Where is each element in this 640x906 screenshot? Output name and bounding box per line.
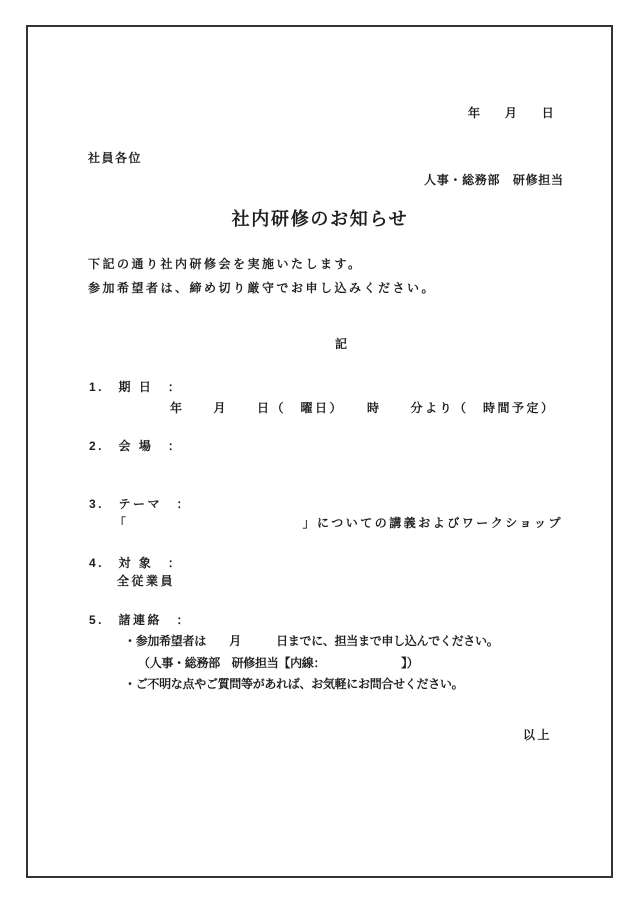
intro-line-1: 下記の通り社内研修会を実施いたします。: [88, 257, 363, 271]
item-3-detail-theme-blank: 「 」についての講義およびワークショップ: [114, 516, 563, 530]
item-5-detail-application-deadline: ・参加希望者は 月 日までに、担当まで申し込んでください。: [124, 634, 498, 648]
item-5-detail-questions: ・ご不明な点やご質問等があれば、お気軽にお問合せください。: [124, 677, 463, 691]
date-line: 年 月 日: [468, 106, 554, 120]
item-5-detail-contact-extension: （人事・総務部 研修担当【内線： 】）: [138, 656, 419, 670]
addressee-line: 社員各位: [88, 151, 142, 165]
item-3-label-theme: 3. テーマ ：: [89, 497, 191, 511]
sender-line: 人事・総務部 研修担当: [424, 173, 564, 187]
closing-word: 以上: [523, 728, 552, 742]
record-marker: 記: [335, 337, 350, 351]
intro-line-2: 参加希望者は、締め切り厳守でお申し込みください。: [88, 281, 436, 295]
item-1-label-date: 1. 期 日 ：: [89, 380, 182, 394]
document-title: 社内研修のお知らせ: [0, 208, 640, 230]
item-4-detail-all-employees: 全従業員: [117, 574, 175, 588]
item-4-label-target: 4. 対 象 ：: [89, 556, 182, 570]
item-1-detail-blank-date: 年 月 日（ 曜日） 時 分より（ 時間予定）: [170, 401, 556, 415]
document-body: 年 月 日 社員各位 人事・総務部 研修担当 社内研修のお知らせ 下記の通り社内…: [0, 0, 640, 906]
item-5-label-notices: 5. 諸連絡 ：: [89, 613, 191, 627]
item-2-label-venue: 2. 会 場 ：: [89, 439, 182, 453]
